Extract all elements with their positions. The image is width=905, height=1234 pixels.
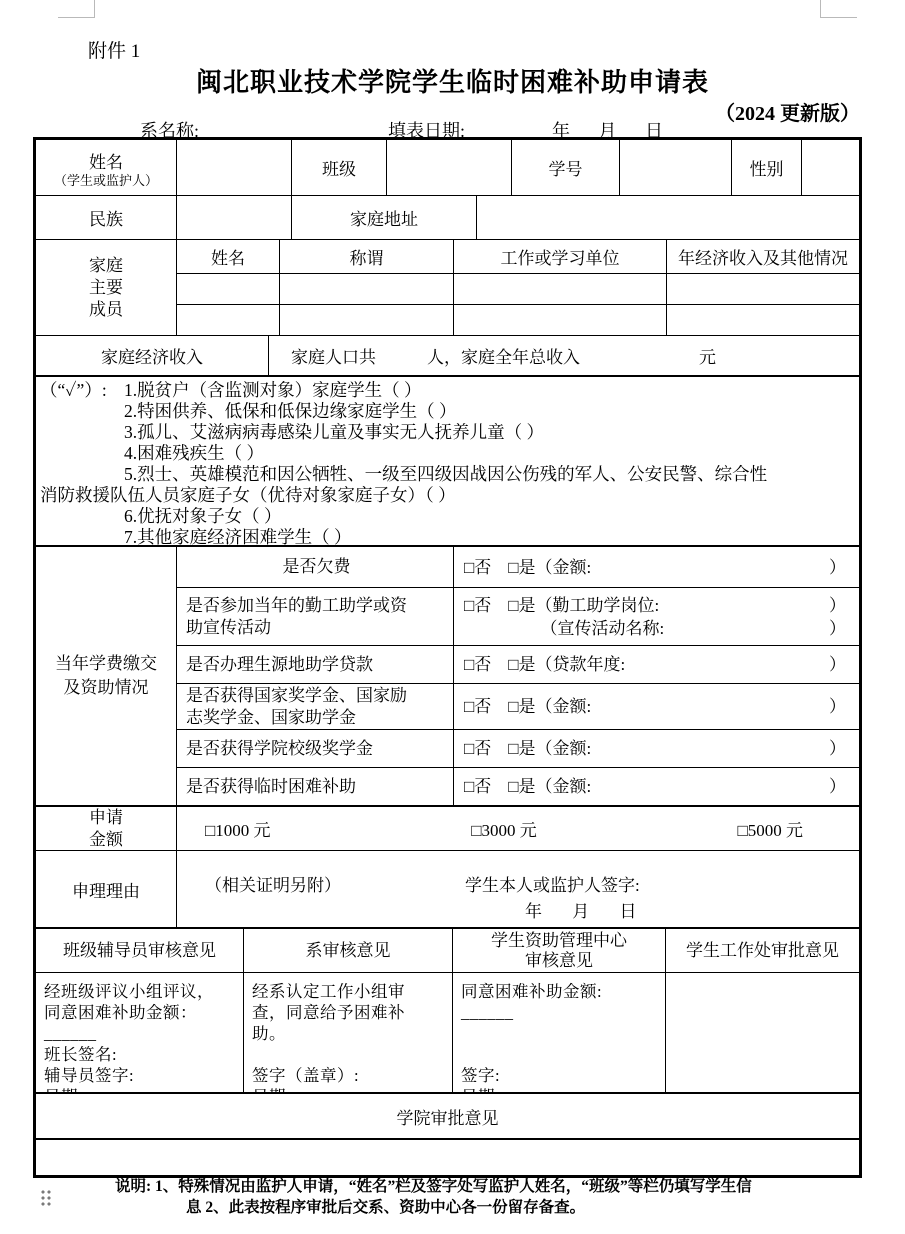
category-line-2: 2.特困供养、低保和低保边缘家庭学生（ ） (40, 401, 767, 422)
category-line-5: 5.烈士、英雄模范和因公牺牲、一级至四级因战因公伤残的军人、公安民警、综合性 (40, 464, 767, 485)
amount-option-1000[interactable]: □1000 元 (177, 816, 404, 841)
fee-question: 是否欠费 (177, 547, 453, 587)
close-paren: ） (829, 556, 846, 579)
category-item[interactable]: 消防救援队伍人员家庭子女（优待对象家庭子女）（ ） (40, 485, 456, 506)
address-input-cell[interactable] (476, 196, 859, 239)
category-item[interactable]: 2.特困供养、低保和低保边缘家庭学生（ ） (124, 401, 457, 422)
category-item[interactable]: 7.其他家庭经济困难学生（ ） (124, 527, 352, 548)
drag-handle-icon[interactable] (40, 1189, 52, 1206)
review-cell-aid-center[interactable]: 同意困难补助金额: ______ 签字: 日期: (452, 973, 665, 1092)
family-col-workunit: 工作或学习单位 (453, 240, 666, 273)
fee-row-arrears: 是否欠费 □否 □是（金额:） (177, 547, 859, 587)
fee-row-national-scholarship: 是否获得国家奖学金、国家励 志奖学金、国家助学金 □否 □是（金额:） (177, 683, 859, 729)
tuition-aid-table: 是否欠费 □否 □是（金额:） 是否参加当年的勤工助学或资 助宣传活动 □否 □… (176, 547, 859, 805)
attachment-label: 附件 1 (88, 36, 140, 63)
college-approval-blank-row (36, 1138, 859, 1175)
name-input-cell[interactable] (176, 140, 291, 195)
checkbox-options[interactable]: □否 □是（金额: (464, 737, 591, 760)
gender-input-cell[interactable] (801, 140, 859, 195)
table-row-basic-2: 民族 家庭地址 (36, 195, 859, 239)
category-line-3: 3.孤儿、艾滋病病毒感染儿童及事实无人抚养儿童（ ） (40, 422, 767, 443)
checkbox-options[interactable]: □否 □是（金额: (464, 775, 591, 798)
page-margin-mark-topright-icon (820, 0, 857, 18)
family-col-name: 姓名 (177, 240, 279, 273)
category-line-5-wrap: 消防救援队伍人员家庭子女（优待对象家庭子女）（ ） (40, 485, 767, 506)
fee-answer[interactable]: □否 □是（贷款年度:） (453, 646, 859, 683)
category-checklist: （“✓”）: 1.脱贫户（含监测对象）家庭学生（ ） 2.特困供养、低保和低保边… (36, 377, 771, 545)
checkbox-options[interactable]: □否 □是（金额: (464, 556, 591, 579)
family-data-row-1 (177, 273, 859, 304)
reason-label: 申理理由 (36, 851, 176, 927)
fee-question: 是否办理生源地助学贷款 (177, 646, 453, 683)
family-workunit-input-1[interactable] (453, 274, 666, 304)
document-page: 附件 1 闽北职业技术学院学生临时困难补助申请表 （2024 更新版） 系名称:… (0, 0, 905, 1234)
fee-answer[interactable]: □否 □是（金额:） (453, 768, 859, 805)
signature-label[interactable]: 学生本人或监护人签字: (465, 871, 640, 896)
category-item[interactable]: 1.脱贫户（含监测对象）家庭学生（ ） (124, 380, 422, 401)
page-margin-mark-topleft-icon (58, 0, 95, 18)
checkmark-prefix: （“✓”）: (40, 380, 124, 401)
category-item[interactable]: 5.烈士、英雄模范和因公牺牲、一级至四级因战因公伤残的军人、公安民警、综合性 (124, 464, 767, 485)
review-header-counselor: 班级辅导员审核意见 (36, 929, 243, 972)
student-id-label: 学号 (511, 140, 619, 195)
review-cell-department[interactable]: 经系认定工作小组审 查，同意给予困难补 助。 签字（盖章）: 日期: (243, 973, 452, 1092)
fee-question: 是否参加当年的勤工助学或资 助宣传活动 (177, 588, 453, 645)
close-paren: ） (829, 653, 846, 676)
category-item[interactable]: 3.孤儿、艾滋病病毒感染儿童及事实无人抚养儿童（ ） (124, 422, 544, 443)
form-headline: 系名称: 填表日期: 年 月 日 (0, 117, 905, 139)
fee-question: 是否获得临时困难补助 (177, 768, 453, 805)
reason-row: 申理理由 （相关证明另附） 学生本人或监护人签字: 年 月 日 (36, 850, 859, 927)
fee-row-workstudy: 是否参加当年的勤工助学或资 助宣传活动 □否 □是（勤工助学岗位:） （宣传活动… (177, 587, 859, 645)
family-relation-input-2[interactable] (279, 305, 453, 335)
gender-label: 性别 (731, 140, 801, 195)
college-approval-input-cell[interactable] (36, 1140, 859, 1175)
review-header-department: 系审核意见 (243, 929, 452, 972)
category-item[interactable]: 6.优抚对象子女（ ） (124, 506, 282, 527)
amount-options: □1000 元 □3000 元 □5000 元 (176, 807, 859, 850)
family-income-input-1[interactable] (666, 274, 859, 304)
checkbox-options[interactable]: □否 □是（贷款年度: (464, 653, 625, 676)
footer-note-line2: 息 2、此表按程序审批后交系、资助中心各一份留存备查。 (186, 1197, 585, 1218)
household-income-row: 家庭经济收入 家庭人口共 人，家庭全年总收入 元 (36, 335, 859, 375)
signature-date-units[interactable]: 年 月 日 (525, 897, 640, 922)
review-cell-counselor[interactable]: 经班级评议小组评议， 同意困难补助金额： ______ 班长签名: 辅导员签字:… (36, 973, 243, 1092)
fee-answer[interactable]: □否 □是（金额:） (453, 730, 859, 767)
family-data-row-2 (177, 304, 859, 335)
class-input-cell[interactable] (386, 140, 511, 195)
amount-option-5000[interactable]: □5000 元 (604, 816, 859, 841)
fee-question: 是否获得学院校级奖学金 (177, 730, 453, 767)
household-income-content[interactable]: 家庭人口共 人，家庭全年总收入 元 (268, 336, 859, 375)
fee-answer[interactable]: □否 □是（勤工助学岗位:） （宣传活动名称:） (453, 588, 859, 645)
fee-row-college-scholarship: 是否获得学院校级奖学金 □否 □是（金额:） (177, 729, 859, 767)
fee-question: 是否获得国家奖学金、国家励 志奖学金、国家助学金 (177, 684, 453, 729)
amount-option-3000[interactable]: □3000 元 (404, 816, 603, 841)
category-line-1: （“✓”）: 1.脱贫户（含监测对象）家庭学生（ ） (40, 380, 767, 401)
checkbox-options[interactable]: （宣传活动名称: (464, 617, 664, 640)
checkbox-options[interactable]: □否 □是（金额: (464, 695, 591, 718)
category-line-4: 4.困难残疾生（ ） (40, 443, 767, 464)
table-row-basic-1: 姓名 （学生或监护人） 班级 学号 性别 (36, 140, 859, 195)
category-checklist-row: （“✓”）: 1.脱贫户（含监测对象）家庭学生（ ） 2.特困供养、低保和低保边… (36, 375, 859, 545)
ethnic-input-cell[interactable] (176, 196, 291, 239)
family-members-table: 姓名 称谓 工作或学习单位 年经济收入及其他情况 (176, 240, 859, 335)
name-label: 姓名 （学生或监护人） (36, 140, 176, 195)
close-paren: ） (829, 594, 846, 617)
close-paren: ） (829, 617, 846, 640)
fee-answer[interactable]: □否 □是（金额:） (453, 547, 859, 587)
college-approval-row: 学院审批意见 (36, 1092, 859, 1138)
family-members-label: 家庭 主要 成员 (36, 240, 176, 335)
review-cell-student-affairs[interactable] (665, 973, 859, 1092)
family-col-income: 年经济收入及其他情况 (666, 240, 859, 273)
close-paren: ） (829, 775, 846, 798)
class-label: 班级 (291, 140, 386, 195)
footer-note-line1: 说明: 1、特殊情况由监护人申请，“姓名”栏及签字处写监护人姓名，“班级”等栏仍… (115, 1176, 752, 1197)
category-item[interactable]: 4.困难残疾生（ ） (124, 443, 264, 464)
review-header-row: 班级辅导员审核意见 系审核意见 学生资助管理中心 审核意见 学生工作处审批意见 (36, 927, 859, 972)
family-header-row: 姓名 称谓 工作或学习单位 年经济收入及其他情况 (177, 240, 859, 273)
family-workunit-input-2[interactable] (453, 305, 666, 335)
household-income-label: 家庭经济收入 (36, 336, 268, 375)
address-label: 家庭地址 (291, 196, 476, 239)
checkbox-options[interactable]: □否 □是（勤工助学岗位: (464, 594, 659, 617)
tuition-aid-block: 当年学费缴交 及资助情况 是否欠费 □否 □是（金额:） 是否参加当年的勤工助学… (36, 545, 859, 805)
form-title: 闽北职业技术学院学生临时困难补助申请表 (0, 62, 905, 99)
reason-content[interactable]: （相关证明另附） 学生本人或监护人签字: 年 月 日 (176, 851, 859, 927)
review-body-row: 经班级评议小组评议， 同意困难补助金额： ______ 班长签名: 辅导员签字:… (36, 972, 859, 1092)
fee-row-loan: 是否办理生源地助学贷款 □否 □是（贷款年度:） (177, 645, 859, 683)
family-income-input-2[interactable] (666, 305, 859, 335)
family-col-relation: 称谓 (279, 240, 453, 273)
review-header-aid-center: 学生资助管理中心 审核意见 (452, 929, 665, 972)
family-name-input-2[interactable] (177, 305, 279, 335)
amount-row: 申请 金额 □1000 元 □3000 元 □5000 元 (36, 805, 859, 850)
fee-row-temp-subsidy: 是否获得临时困难补助 □否 □是（金额:） (177, 767, 859, 805)
close-paren: ） (829, 737, 846, 760)
review-header-student-affairs: 学生工作处审批意见 (665, 929, 859, 972)
close-paren: ） (829, 695, 846, 718)
student-id-input-cell[interactable] (619, 140, 731, 195)
college-approval-label: 学院审批意见 (36, 1094, 859, 1138)
category-line-6: 6.优抚对象子女（ ） (40, 506, 767, 527)
name-sublabel: （学生或监护人） (54, 173, 158, 188)
fee-answer[interactable]: □否 □是（金额:） (453, 684, 859, 729)
family-name-input-1[interactable] (177, 274, 279, 304)
tuition-aid-label: 当年学费缴交 及资助情况 (36, 547, 176, 805)
family-relation-input-1[interactable] (279, 274, 453, 304)
ethnic-label: 民族 (36, 196, 176, 239)
family-members-block: 家庭 主要 成员 姓名 称谓 工作或学习单位 年经济收入及其他情况 (36, 239, 859, 335)
amount-label: 申请 金额 (36, 807, 176, 850)
application-form-table: 姓名 （学生或监护人） 班级 学号 性别 民族 家庭地址 家庭 主要 成员 姓名 (33, 137, 862, 1178)
category-line-7: 7.其他家庭经济困难学生（ ） (40, 527, 767, 548)
reason-note: （相关证明另附） (205, 871, 341, 896)
